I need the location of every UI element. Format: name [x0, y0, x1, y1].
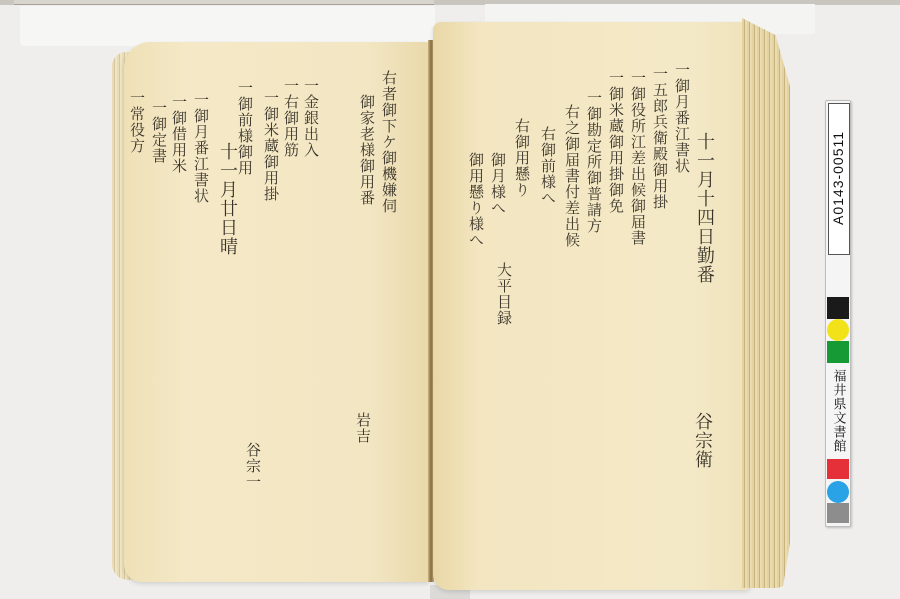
date-heading: 十一月十四日勤番	[695, 132, 713, 284]
left-page: 右者御下ケ御機嫌伺 御家老様御用番 一金銀出入 一右御用筋 一御米蔵御用掛 一御…	[124, 42, 430, 582]
tape-edge	[14, 0, 434, 5]
text-column: 右者御下ケ御機嫌伺	[381, 70, 396, 214]
text-column: 右御用懸り	[514, 118, 529, 198]
text-column: 一御米蔵御用掛御免	[608, 70, 623, 214]
text-column: 一五郎兵衛殿御用掛	[652, 66, 667, 210]
date-heading: 十一月廿日晴	[218, 142, 236, 256]
text-column: 御月様へ	[490, 152, 505, 216]
archive-organization: 福井県文書館	[828, 367, 848, 455]
text-column: 一御勘定所御普請方	[586, 90, 601, 234]
signature: 谷宗衛	[693, 412, 711, 469]
archive-label: A0143-00511 福井県文書館	[825, 100, 851, 527]
text-column: 一御月番江書状	[193, 92, 208, 204]
text-column: 一右御用筋	[283, 78, 298, 158]
right-page: 十一月十四日勤番 一御月番江書状 一五郎兵衛殿御用掛 一御役所江差出候御届書 一…	[433, 22, 751, 590]
text-column: 一御米蔵御用掛	[263, 90, 278, 202]
color-swatch-cyan	[827, 481, 849, 503]
text-column: 右御前様へ	[540, 126, 555, 206]
text-column: 大平目録	[496, 262, 511, 326]
background-card	[20, 6, 435, 46]
color-swatch-black	[827, 297, 849, 319]
text-column: 一御月番江書状	[674, 62, 689, 174]
text-column: 御家老様御用番	[359, 94, 374, 206]
name-annotation: 岩吉	[355, 412, 370, 444]
color-swatch-red	[827, 459, 849, 479]
text-column: 一金銀出入	[303, 78, 318, 158]
text-column: 一御定書	[151, 100, 166, 164]
color-swatch-yellow	[827, 319, 849, 341]
right-page-stack	[742, 18, 790, 588]
text-column: 一御前様御用	[237, 80, 252, 176]
text-column: 右之御届書付差出候	[564, 104, 579, 248]
archive-code: A0143-00511	[828, 105, 848, 251]
text-column: 一御役所江差出候御届書	[630, 70, 645, 246]
color-swatch-green	[827, 341, 849, 363]
text-column: 一御借用米	[171, 94, 186, 174]
text-column: 一常役方	[129, 90, 144, 154]
color-swatch-gray	[827, 503, 849, 523]
name-annotation: 谷宗一	[245, 442, 260, 490]
text-column: 御用懸り様へ	[468, 152, 483, 248]
